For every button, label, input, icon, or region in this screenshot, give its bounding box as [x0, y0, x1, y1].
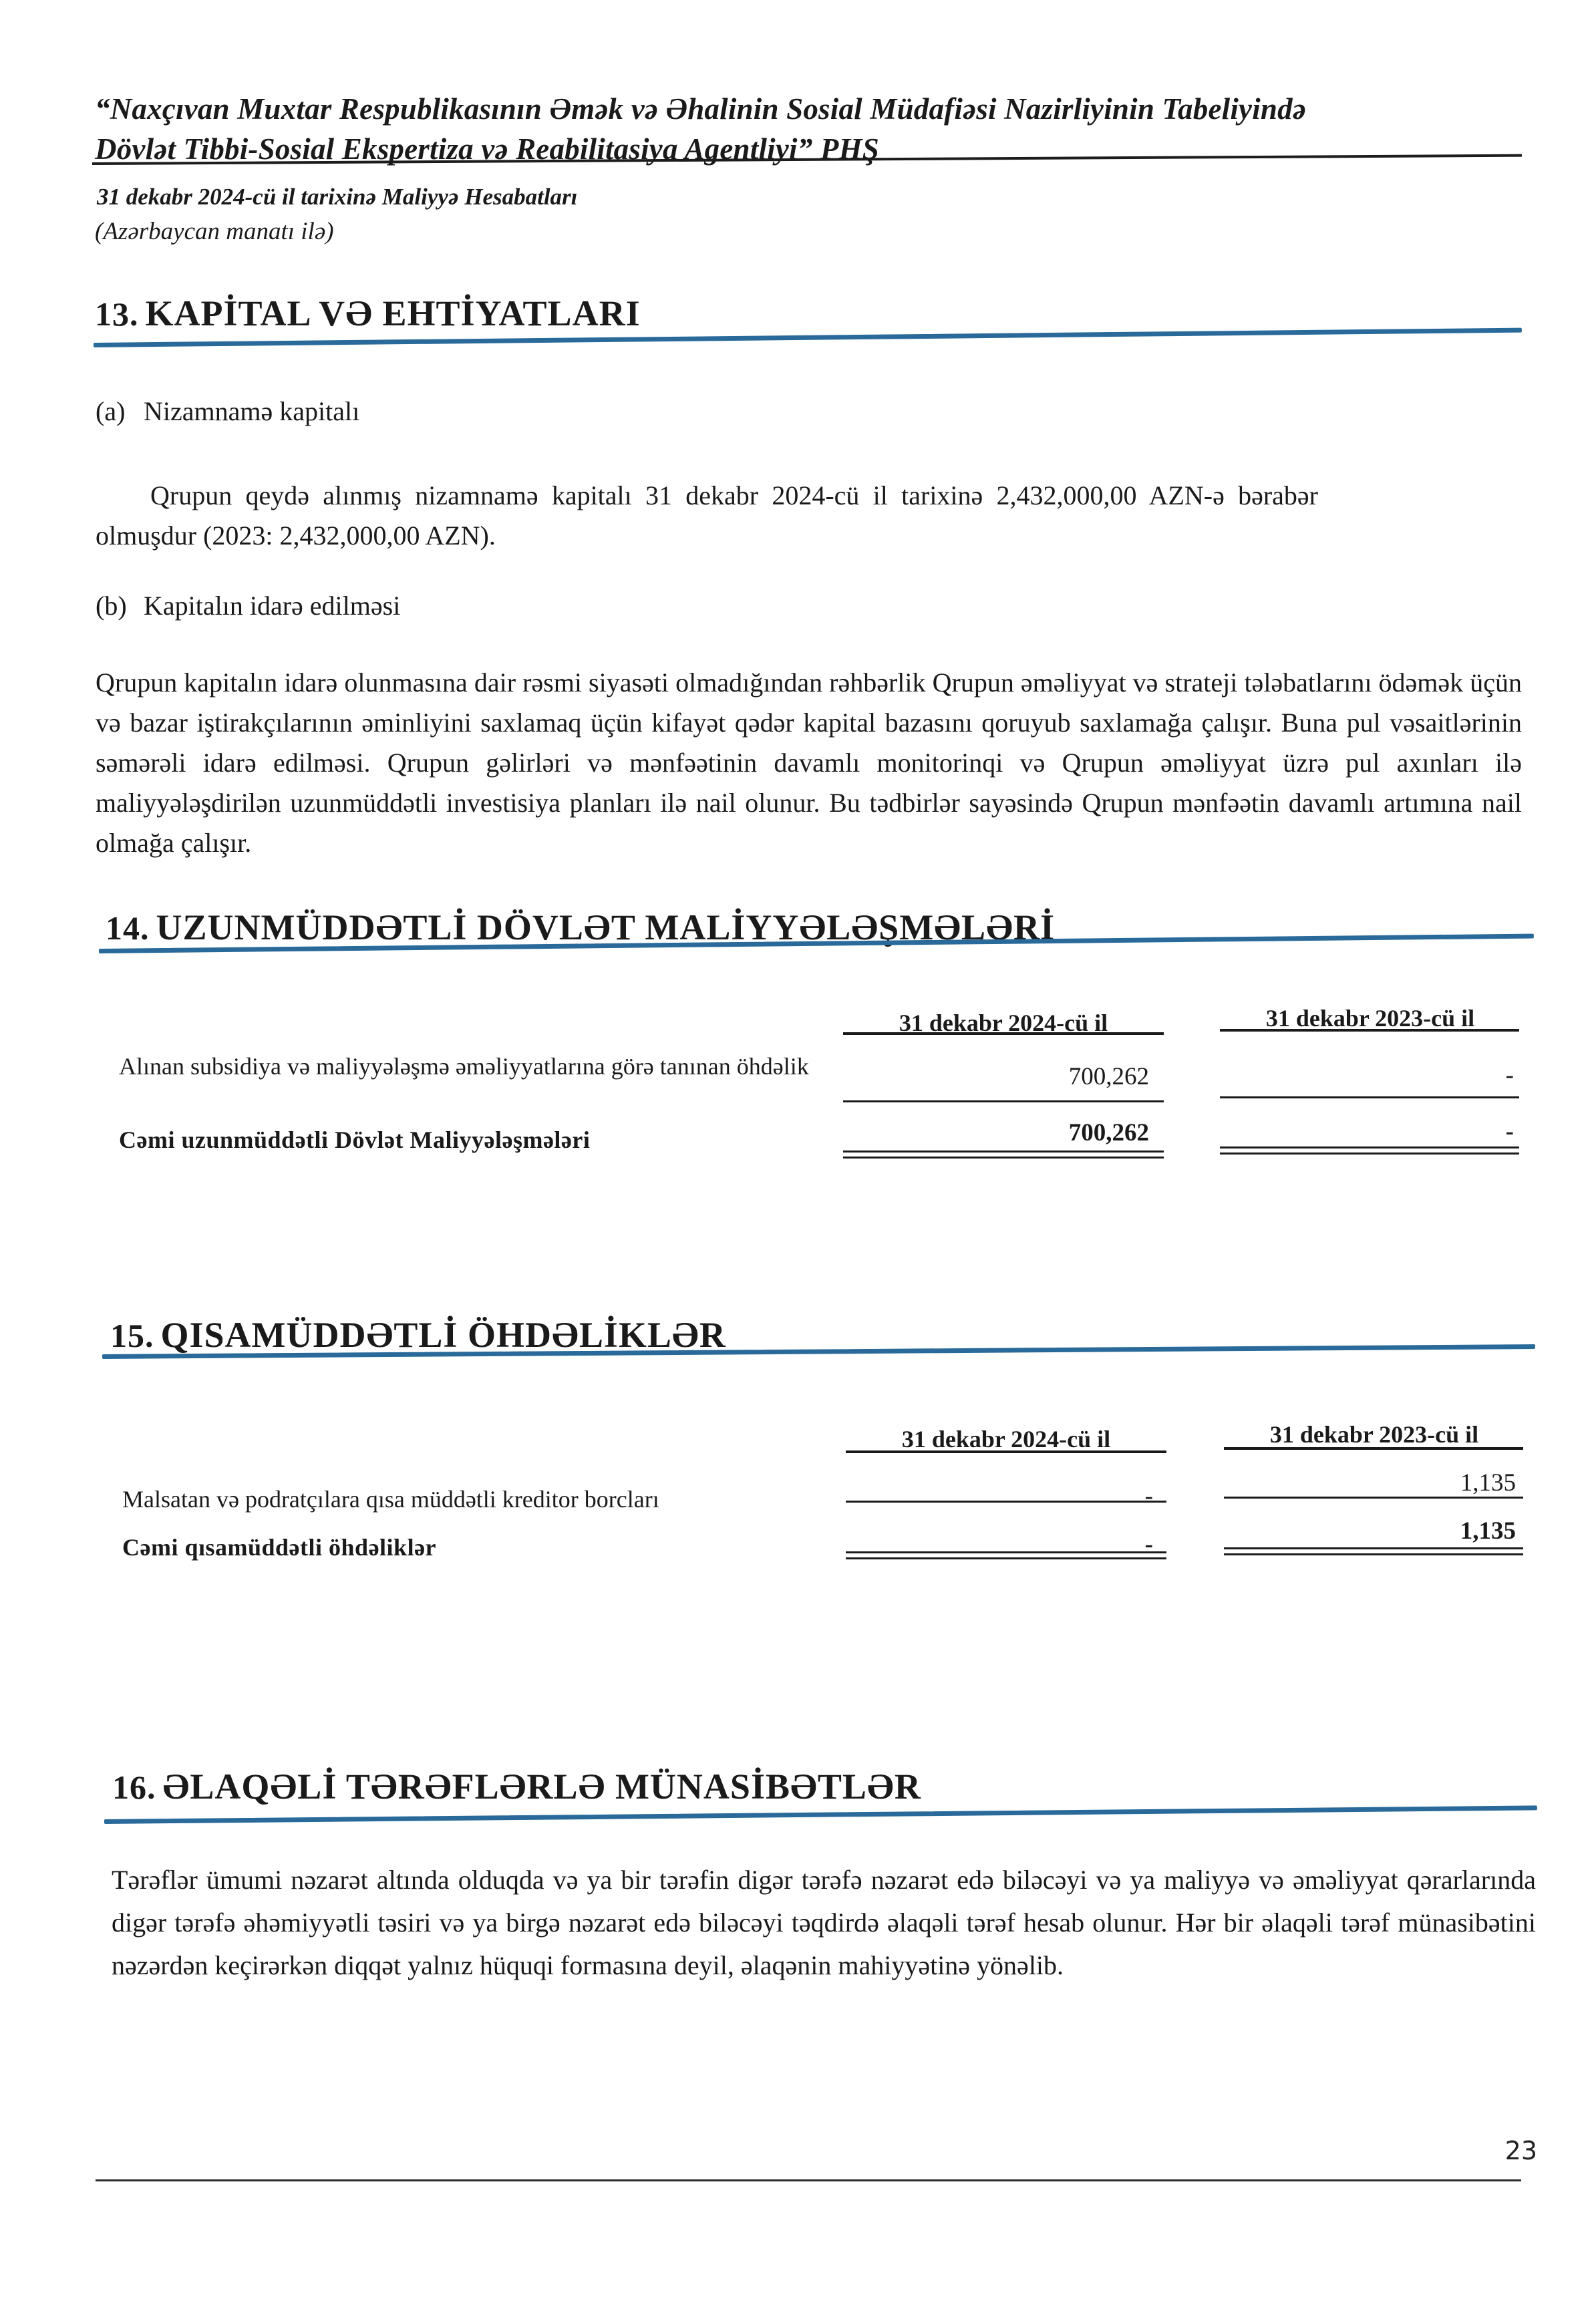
section-13b-paragraph: Qrupun kapitalın idarə olunmasına dair r…	[96, 663, 1522, 863]
section-14-number: 14.	[106, 909, 150, 947]
section-15-header-underline-2023	[1224, 1447, 1523, 1450]
header-organization-line1: “Naxçıvan Muxtar Respublikasının Əmək və…	[95, 92, 1306, 126]
document-page: “Naxçıvan Muxtar Respublikasının Əmək və…	[0, 0, 1596, 2301]
section-13b-tag: (b)	[96, 590, 134, 621]
section-13a-paragraph: Qrupun qeydə alınmış nizamnamə kapitalı …	[96, 476, 1318, 556]
page-number: 23	[1505, 2136, 1537, 2165]
section-15-row-label: Malsatan və podratçılara qısa müddətli k…	[122, 1483, 844, 1515]
section-14-total-value-2024: 700,262	[843, 1118, 1149, 1147]
section-13b-label: Kapitalın idarə edilməsi	[144, 591, 400, 621]
section-13a-label: Nizamnamə kapitalı	[144, 396, 359, 426]
section-16-title: ƏLAQƏLİ TƏRƏFLƏRLƏ MÜNASİBƏTLƏR	[163, 1767, 921, 1807]
section-15-total-double-line-2024	[846, 1551, 1166, 1559]
section-14-total-double-line-2024	[843, 1150, 1164, 1159]
section-14-subtotal-line-2024	[843, 1100, 1164, 1102]
section-15-heading: 15.QISAMÜDDƏTLİ ÖHDƏLİKLƏR	[110, 1314, 726, 1356]
header-report-title: 31 dekabr 2024-cü il tarixinə Maliyyə He…	[97, 184, 577, 210]
section-13a-subheading: (a)Nizamnamə kapitalı	[96, 396, 359, 427]
header-currency-note: (Azərbaycan manatı ilə)	[95, 217, 334, 246]
section-14-column-2023: 31 dekabr 2023-cü il	[1220, 1004, 1521, 1032]
section-15-total-value-2023: 1,135	[1224, 1517, 1516, 1545]
section-14-total-value-2023: -	[1220, 1117, 1514, 1146]
section-15-title: QISAMÜDDƏTLİ ÖHDƏLİKLƏR	[161, 1315, 726, 1355]
section-16-rule	[104, 1805, 1537, 1824]
section-15-subtotal-line-2023	[1224, 1497, 1523, 1499]
section-14-total-double-line-2023	[1220, 1146, 1519, 1155]
section-16-heading: 16.ƏLAQƏLİ TƏRƏFLƏRLƏ MÜNASİBƏTLƏR	[112, 1766, 921, 1807]
section-15-row-value-2023: 1,135	[1224, 1469, 1516, 1497]
section-14-header-underline-2023	[1220, 1029, 1519, 1032]
section-13b-subheading: (b)Kapitalın idarə edilməsi	[96, 590, 400, 621]
section-15-column-2024: 31 dekabr 2024-cü il	[846, 1425, 1166, 1453]
section-14-row-value-2024: 700,262	[843, 1062, 1149, 1091]
section-13-heading: 13.KAPİTAL VƏ EHTİYATLARI	[95, 293, 641, 334]
section-14-header-underline-2024	[843, 1032, 1164, 1035]
section-14-total-label: Cəmi uzunmüddətli Dövlət Maliyyələşmələr…	[119, 1124, 847, 1156]
section-16-number: 16.	[112, 1769, 156, 1806]
footer-divider	[96, 2179, 1521, 2181]
section-15-column-2023: 31 dekabr 2023-cü il	[1224, 1420, 1525, 1448]
section-14-row-label: Alınan subsidiya və maliyyələşmə əməliyy…	[119, 1050, 847, 1082]
section-13-title: KAPİTAL VƏ EHTİYATLARI	[146, 293, 641, 333]
section-14-subtotal-line-2023	[1220, 1096, 1519, 1098]
section-15-header-underline-2024	[846, 1450, 1166, 1453]
section-15-total-double-line-2023	[1224, 1547, 1523, 1555]
section-16-paragraph: Tərəflər ümumi nəzarət altında olduqda v…	[112, 1859, 1536, 1987]
section-14-row-value-2023: -	[1220, 1061, 1514, 1090]
section-15-total-label: Cəmi qısamüddətli öhdəliklər	[122, 1531, 844, 1563]
section-15-subtotal-line-2024	[846, 1501, 1166, 1503]
section-15-row-value-2024: -	[846, 1482, 1153, 1511]
section-13-number: 13.	[95, 295, 139, 333]
section-13a-tag: (a)	[96, 396, 134, 427]
section-15-number: 15.	[110, 1317, 154, 1354]
